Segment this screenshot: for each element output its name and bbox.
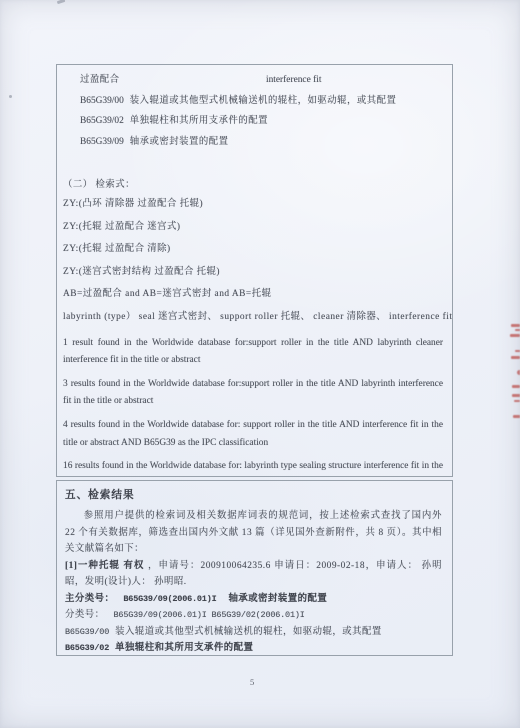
search-expression: ZY:(凸环 清除器 过盈配合 托辊) (63, 193, 443, 216)
results-section-heading: 五、检索结果 (65, 489, 442, 503)
scan-speck-top (57, 0, 65, 4)
section-heading-search-expressions: （二） 检索式： (63, 177, 443, 193)
ipc-entry: B65G39/00装入辊道或其他型式机械输送机的辊柱，如驱动辊，或其配置 (65, 624, 442, 640)
ipc-desc: 单独辊柱和其所用支承件的配置 (130, 116, 268, 126)
result-paragraph: 1 result found in the Worldwide database… (63, 335, 443, 370)
result-paragraph: 16 results found in the Worldwide databa… (63, 458, 443, 477)
ipc-desc: 装入辊道或其他型式机械输送机的辊柱，如驱动辊，或其配置 (130, 96, 397, 106)
search-expressions-box: 过盈配合 interference fit B65G39/00装入辊道或其他型式… (56, 64, 453, 477)
ipc-entry: B65G39/00装入辊道或其他型式机械输送机的辊柱，如驱动辊，或其配置 (80, 91, 443, 112)
term-en: interference fit (266, 70, 321, 91)
ipc-code: B65G39/00 (65, 627, 109, 637)
results-summary-paragraph: 参照用户提供的检索词及相关数据库词表的规范词，按上述检索式查找了国内外 22 个… (65, 508, 442, 558)
ipc-entry: B65G39/02单独辊柱和其所用支承件的配置 (65, 640, 442, 656)
main-classification-row: 主分类号：B65G39/09(2006.01)I轴承或密封装置的配置 (65, 591, 442, 607)
main-class-label: 主分类号： (65, 594, 114, 604)
search-results-box: 五、检索结果 参照用户提供的检索词及相关数据库词表的规范词，按上述检索式查找了国… (56, 480, 453, 656)
term-row: 过盈配合 interference fit (80, 70, 443, 91)
search-expression-ab: AB=过盈配合 and AB=迷宫式密封 and AB=托辊 (63, 283, 443, 306)
search-expression: ZY:(托辊 过盈配合 迷宫式) (63, 216, 443, 239)
search-expression: ZY:(托辊 过盈配合 清除) (63, 238, 443, 261)
result-paragraph: 4 results found in the Worldwide databas… (63, 417, 443, 452)
scan-speck-left (9, 95, 12, 98)
ipc-code: B65G39/00 (80, 96, 124, 106)
red-stamp-fragment (507, 322, 520, 430)
reference-title: [1]一种托辊 有权 (65, 561, 145, 571)
main-class-code: B65G39/09(2006.01)I (123, 594, 216, 604)
ipc-desc: 轴承或密封装置的配置 (130, 137, 229, 147)
ipc-code: B65G39/02 (80, 116, 124, 126)
ipc-desc: 单独辊柱和其所用支承件的配置 (115, 643, 253, 653)
scanned-page: 过盈配合 interference fit B65G39/00装入辊道或其他型式… (0, 0, 520, 728)
class-label: 分类号： (65, 610, 105, 620)
class-codes: B65G39/09(2006.01)I B65G39/02(2006.01)I (114, 610, 305, 620)
search-expression: ZY:(迷宫式密封结构 过盈配合 托辊) (63, 261, 443, 284)
ipc-code: B65G39/02 (65, 643, 109, 653)
reference-entry: [1]一种托辊 有权 ，申请号：200910064235.6 申请日：2009-… (65, 558, 442, 591)
ipc-desc: 装入辊道或其他型式机械输送机的辊柱，如驱动辊，或其配置 (115, 627, 382, 637)
result-paragraph: 3 results found in the Worldwide databas… (63, 376, 443, 411)
database-results: 1 result found in the Worldwide database… (63, 335, 443, 477)
ipc-code: B65G39/09 (80, 137, 124, 147)
main-class-desc: 轴承或密封装置的配置 (229, 594, 328, 604)
ipc-entry: B65G39/02单独辊柱和其所用支承件的配置 (80, 111, 443, 132)
search-expression-keywords: labyrinth (type） seal 迷宫式密封、 support rol… (63, 306, 443, 329)
classification-row: 分类号：B65G39/09(2006.01)I B65G39/02(2006.0… (65, 607, 442, 623)
ipc-entry: B65G39/09轴承或密封装置的配置 (80, 132, 443, 153)
page-number: 5 (250, 677, 254, 687)
term-cn: 过盈配合 (80, 70, 266, 91)
